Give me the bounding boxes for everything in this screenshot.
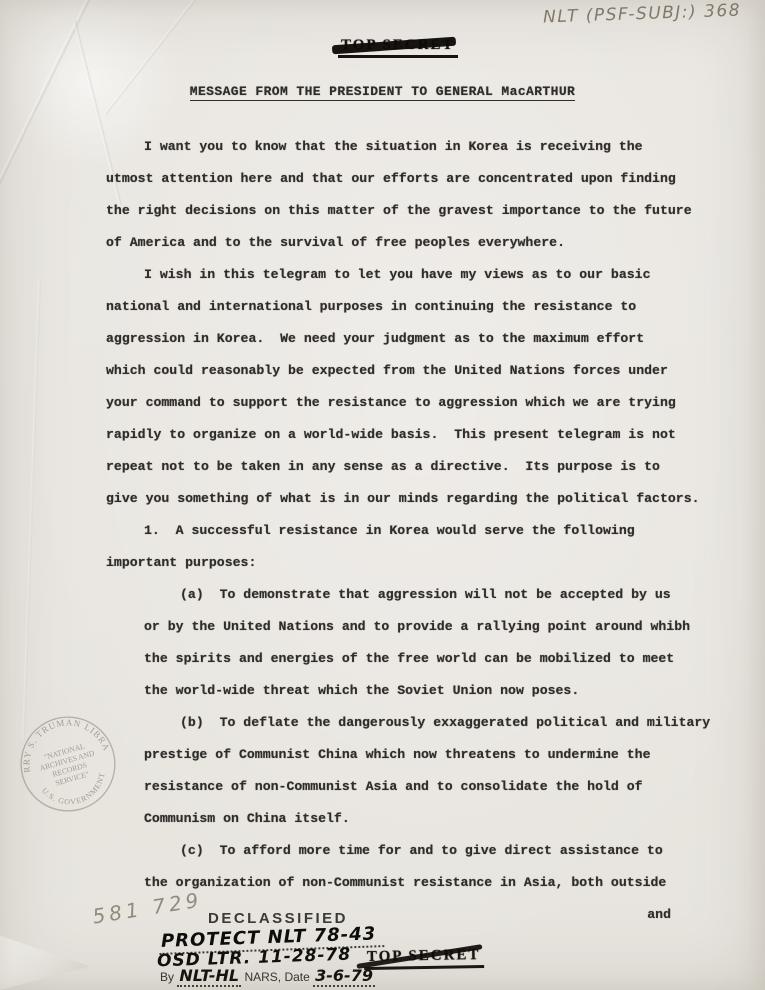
typed-line: the right decisions on this matter of th…	[106, 195, 681, 227]
typed-line-subitem-c: (c) To afford more time for and to give …	[106, 835, 681, 867]
typed-line: I wish in this telegram to let you have …	[106, 259, 681, 291]
stamp-arc-top-text: HARRY S. TRUMAN LIBRARY	[6, 702, 112, 777]
by-initials-handwritten: NLT-HL	[177, 966, 241, 987]
typed-line: your command to support the resistance t…	[106, 387, 681, 419]
corner-fold	[0, 928, 90, 990]
typed-line-subitem-a: (a) To demonstrate that aggression will …	[106, 579, 681, 611]
document-page: NLT (PSF-SUBJ:) 368 TOP SECRET MESSAGE F…	[0, 0, 765, 990]
stamp-center-line: SERVICE"	[54, 770, 90, 788]
typed-line: utmost attention here and that our effor…	[106, 163, 681, 195]
typed-line: important purposes:	[106, 547, 681, 579]
top-secret-stamp-top: TOP SECRET	[338, 37, 458, 58]
typed-line: resistance of non-Communist Asia and to …	[106, 771, 681, 803]
typed-line: the spirits and energies of the free wor…	[106, 643, 681, 675]
typed-line: which could reasonably be expected from …	[106, 355, 681, 387]
document-title-text: MESSAGE FROM THE PRESIDENT TO GENERAL Ma…	[190, 84, 575, 101]
stamp-center-line: RECORDS	[51, 760, 88, 778]
paper-crease	[22, 280, 41, 740]
filing-note-handwritten: NLT (PSF-SUBJ:) 368	[543, 1, 742, 28]
typed-line: I want you to know that the situation in…	[106, 131, 681, 163]
typed-line: prestige of Communist China which now th…	[106, 739, 681, 771]
typed-line: aggression in Korea. We need your judgme…	[106, 323, 681, 355]
declass-by-date-line: By NLT-HL NARS, Date 3-6-79	[160, 966, 375, 985]
typed-line-subitem-b: (b) To deflate the dangerously exxaggera…	[106, 707, 681, 739]
typed-line: or by the United Nations and to provide …	[106, 611, 681, 643]
typed-line: repeat not to be taken in any sense as a…	[106, 451, 681, 483]
typed-line: of America and to the survival of free p…	[106, 227, 681, 259]
document-title: MESSAGE FROM THE PRESIDENT TO GENERAL Ma…	[0, 84, 765, 99]
document-body: I want you to know that the situation in…	[106, 131, 681, 931]
typed-line: Communism on China itself.	[106, 803, 681, 835]
typed-line: rapidly to organize on a world-wide basi…	[106, 419, 681, 451]
typed-line: the world-wide threat which the Soviet U…	[106, 675, 681, 707]
top-secret-stamp-bottom: TOP SECRET	[364, 947, 484, 970]
stamp-center-line: ARCHIVES AND	[39, 748, 96, 772]
svg-text:HARRY S. TRUMAN LIBRARY: HARRY S. TRUMAN LIBRARY	[6, 702, 112, 777]
svg-text:U.S. GOVERNMENT: U.S. GOVERNMENT	[39, 769, 113, 814]
stamp-arc-bottom-text: U.S. GOVERNMENT	[39, 769, 113, 814]
nars-date-label: NARS, Date	[244, 970, 309, 984]
typed-line: give you something of what is in our min…	[106, 483, 681, 515]
paper-crease	[0, 0, 98, 199]
typed-line: national and international purposes in c…	[106, 291, 681, 323]
stamp-center-line: "NATIONAL	[43, 741, 86, 761]
by-label: By	[160, 970, 174, 984]
typed-line-numbered-item: 1. A successful resistance in Korea woul…	[106, 515, 681, 547]
